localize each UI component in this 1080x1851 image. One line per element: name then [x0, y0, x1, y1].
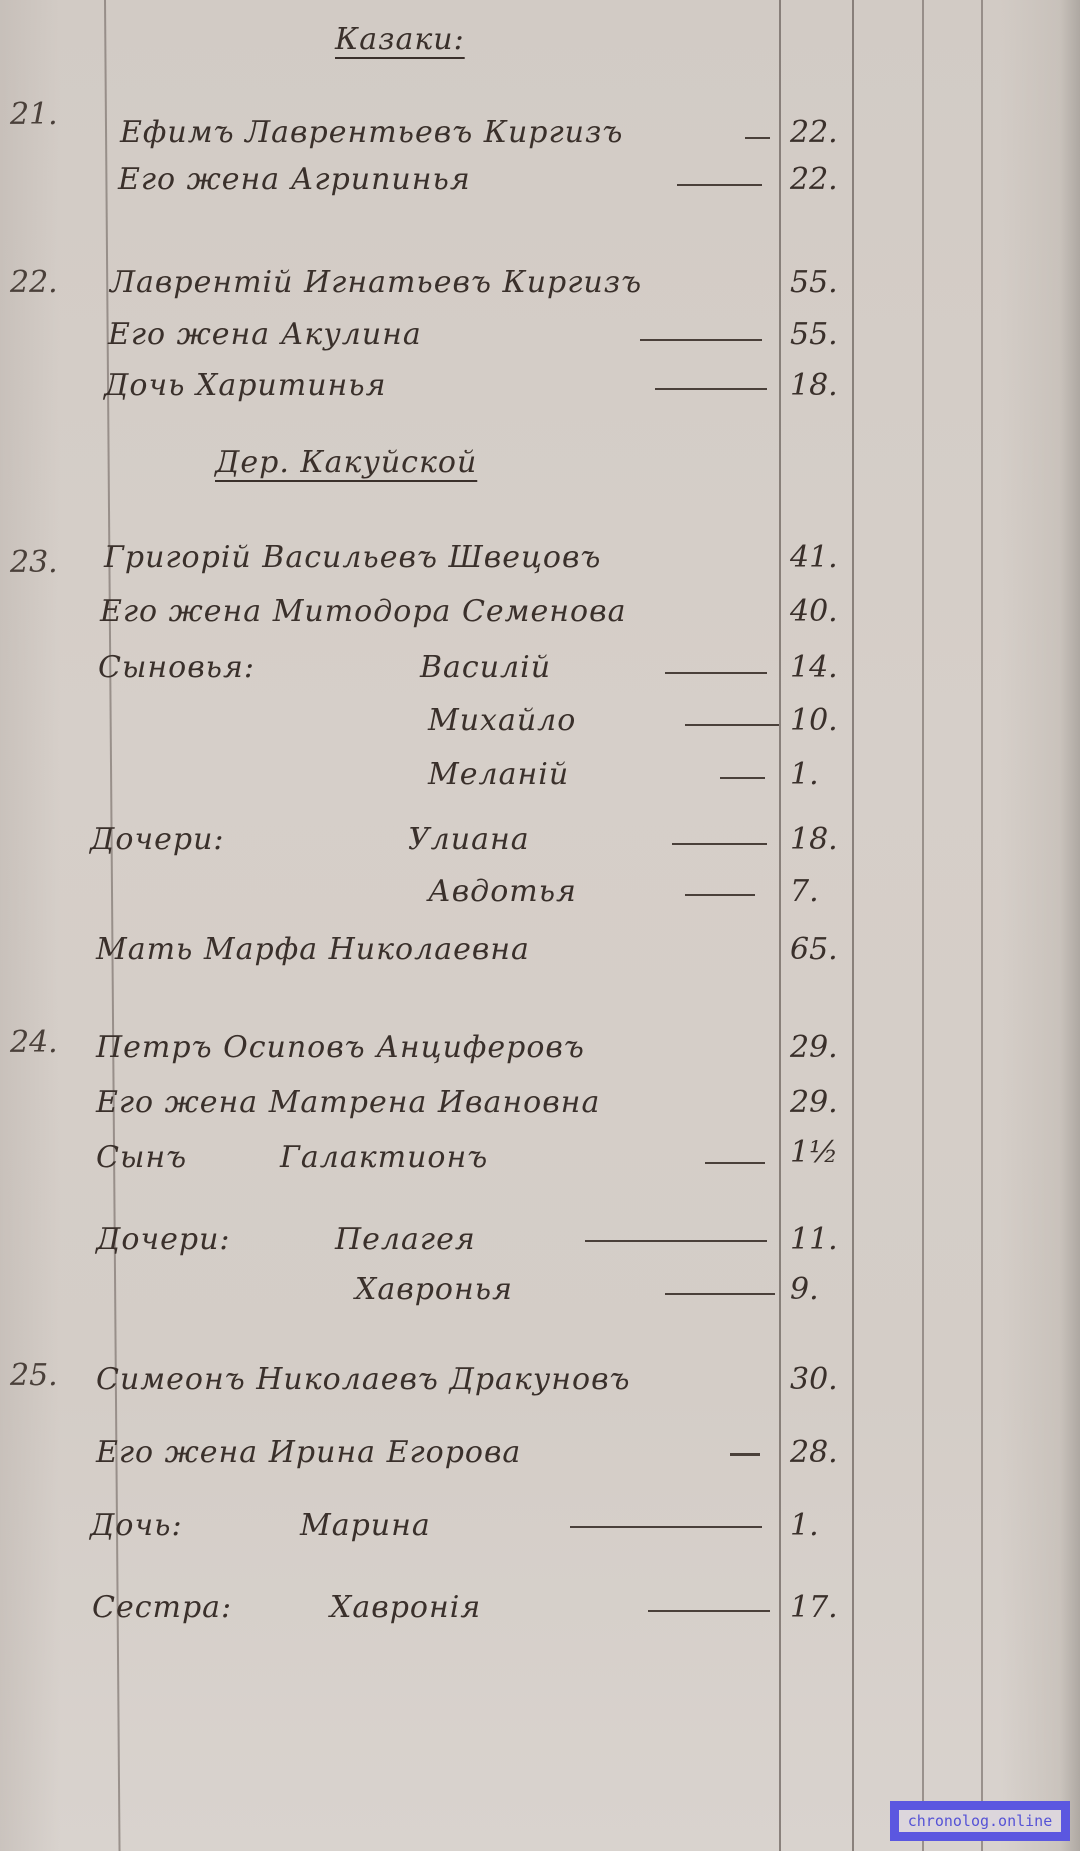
person-name: Симеонъ Николаевъ Дракуновъ	[96, 1362, 631, 1397]
watermark-text: chronolog.online	[899, 1810, 1061, 1832]
person-age: 14.	[790, 650, 838, 685]
person-name: Его жена Акулина	[108, 317, 422, 352]
relation-label: Сестра:	[92, 1590, 232, 1625]
leader-dash	[720, 777, 765, 779]
leader-dash	[640, 339, 762, 341]
person-name: Его жена Митодора Семенова	[100, 594, 626, 629]
person-name: Его жена Матрена Ивановна	[96, 1085, 600, 1120]
person-name: Авдотья	[428, 874, 577, 909]
person-name: Марина	[300, 1508, 431, 1543]
person-age: 18.	[790, 822, 838, 857]
relation-label: Дочери:	[96, 1222, 231, 1257]
person-name: Дочь Харитинья	[104, 368, 386, 403]
leader-dash	[745, 137, 770, 139]
section-heading-cossacks: Казаки:	[335, 22, 465, 57]
person-name: Хавронія	[330, 1590, 481, 1625]
person-name: Лаврентій Игнатьевъ Киргизъ	[110, 265, 642, 300]
relation-label: Дочери:	[90, 822, 225, 857]
age-column-rule-left	[779, 0, 781, 1851]
person-age: 18.	[790, 368, 838, 403]
entry-number: 21.	[10, 97, 58, 132]
person-age: 55.	[790, 317, 838, 352]
person-age: 29.	[790, 1030, 838, 1065]
person-age: 40.	[790, 594, 838, 629]
section-heading-village: Дер. Какуйской	[215, 445, 477, 480]
entry-number: 24.	[10, 1025, 58, 1060]
person-name: Михайло	[428, 703, 576, 738]
leader-dash	[665, 1293, 775, 1295]
person-name: Хавронья	[355, 1272, 513, 1307]
person-name: Василій	[420, 650, 551, 685]
person-name: Галактионъ	[280, 1140, 488, 1175]
person-age: 55.	[790, 265, 838, 300]
person-name: Улиана	[408, 822, 530, 857]
person-name: Пелагея	[335, 1222, 476, 1257]
person-age: 29.	[790, 1085, 838, 1120]
relation-label: Дочь:	[90, 1508, 183, 1543]
person-age: 1.	[790, 1508, 819, 1543]
watermark-badge: chronolog.online	[890, 1801, 1070, 1841]
leader-dash	[677, 184, 762, 186]
person-age: 30.	[790, 1362, 838, 1397]
person-age: 41.	[790, 540, 838, 575]
relation-label: Сынъ	[96, 1140, 187, 1175]
person-age: 22.	[790, 115, 838, 150]
person-age: 7.	[790, 874, 819, 909]
leader-dash	[655, 388, 767, 390]
person-name: Меланій	[428, 757, 569, 792]
column-rule-4	[981, 0, 983, 1851]
age-column-rule-right	[852, 0, 854, 1851]
leader-dash	[665, 672, 767, 674]
person-name: Мать Марфа Николаевна	[96, 932, 530, 967]
leader-dash	[730, 1453, 760, 1456]
person-name: Григорій Васильевъ Швецовъ	[104, 540, 601, 575]
column-rule-3	[922, 0, 924, 1851]
entry-number: 25.	[10, 1358, 58, 1393]
person-name: Петръ Осиповъ Анциферовъ	[96, 1030, 585, 1065]
entry-number: 22.	[10, 265, 58, 300]
person-age: 11.	[790, 1222, 838, 1257]
person-age: 22.	[790, 162, 838, 197]
leader-dash	[705, 1162, 765, 1164]
person-name: Его жена Ирина Егорова	[96, 1435, 521, 1470]
person-age: 65.	[790, 932, 838, 967]
leader-dash	[648, 1610, 770, 1612]
person-age: 17.	[790, 1590, 838, 1625]
person-name: Его жена Агрипинья	[118, 162, 471, 197]
person-age: 1.	[790, 757, 819, 792]
person-age: 1½	[790, 1135, 838, 1170]
leader-dash	[685, 724, 779, 726]
person-age: 9.	[790, 1272, 819, 1307]
leader-dash	[685, 894, 755, 896]
person-name: Ефимъ Лаврентьевъ Киргизъ	[120, 115, 623, 150]
person-age: 28.	[790, 1435, 838, 1470]
leader-dash	[672, 843, 767, 845]
leader-dash	[585, 1240, 767, 1242]
relation-label: Сыновья:	[98, 650, 255, 685]
leader-dash	[570, 1526, 762, 1528]
person-age: 10.	[790, 703, 838, 738]
entry-number: 23.	[10, 545, 58, 580]
